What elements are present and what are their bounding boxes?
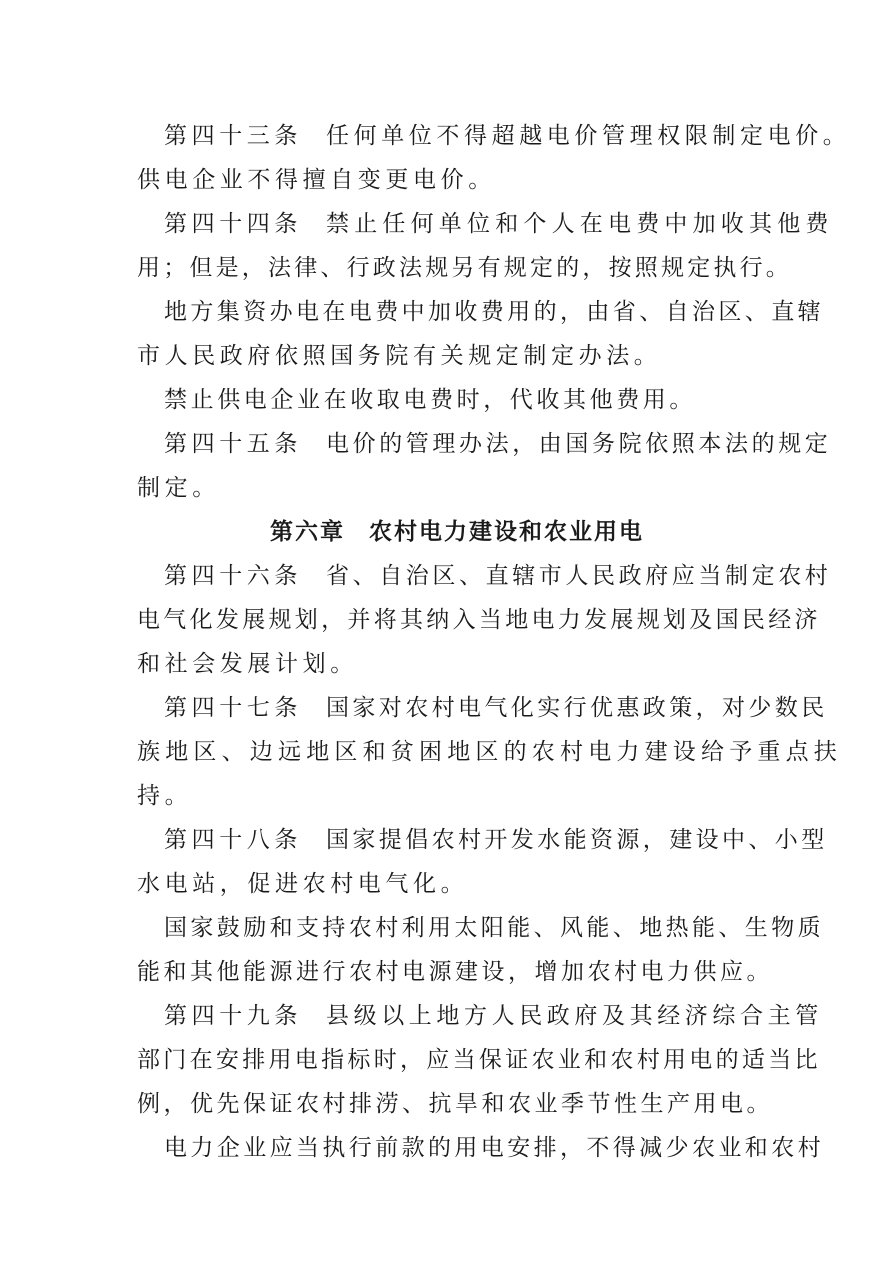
paragraph-line: 国家鼓励和支持农村利用太阳能、风能、地热能、生物质 (137, 906, 759, 950)
article-47-line-2: 族地区、边远地区和贫困地区的农村电力建设给予重点扶 (137, 730, 759, 774)
article-number: 第四十九条 (164, 1003, 302, 1029)
article-number: 第四十四条 (164, 211, 302, 237)
article-49-line-2: 部门在安排用电指标时，应当保证农业和农村用电的适当比 (137, 1038, 759, 1082)
article-46-line-2: 电气化发展规划，并将其纳入当地电力发展规划及国民经济 (137, 598, 759, 642)
article-49-line-3: 例，优先保证农村排涝、抗旱和农业季节性生产用电。 (137, 1082, 759, 1126)
paragraph-line: 电力企业应当执行前款的用电安排，不得减少农业和农村 (137, 1126, 759, 1170)
article-number: 第四十八条 (164, 827, 302, 853)
article-number: 第四十六条 (164, 563, 302, 589)
article-43-line-1: 第四十三条任何单位不得超越电价管理权限制定电价。 (137, 114, 759, 158)
article-48-line-2: 水电站，促进农村电气化。 (137, 862, 759, 906)
article-49-line-1: 第四十九条县级以上地方人民政府及其经济综合主管 (137, 994, 759, 1038)
article-number: 第四十五条 (164, 431, 302, 457)
chapter-heading: 第六章农村电力建设和农业用电 (137, 510, 759, 554)
article-47-line-1: 第四十七条国家对农村电气化实行优惠政策，对少数民 (137, 686, 759, 730)
article-46-line-1: 第四十六条省、自治区、直辖市人民政府应当制定农村 (137, 554, 759, 598)
paragraph-line: 禁止供电企业在收取电费时，代收其他费用。 (137, 378, 759, 422)
article-number: 第四十三条 (164, 123, 302, 149)
article-48-line-1: 第四十八条国家提倡农村开发水能资源，建设中、小型 (137, 818, 759, 862)
article-number: 第四十七条 (164, 695, 302, 721)
article-45-line-1: 第四十五条电价的管理办法，由国务院依照本法的规定 (137, 422, 759, 466)
article-45-line-2: 制定。 (137, 466, 759, 510)
article-46-line-3: 和社会发展计划。 (137, 642, 759, 686)
paragraph-line: 地方集资办电在电费中加收费用的，由省、自治区、直辖 (137, 290, 759, 334)
paragraph-line: 能和其他能源进行农村电源建设，增加农村电力供应。 (137, 950, 759, 994)
article-44-line-2: 用；但是，法律、行政法规另有规定的，按照规定执行。 (137, 246, 759, 290)
document-page: 第四十三条任何单位不得超越电价管理权限制定电价。 供电企业不得擅自变更电价。 第… (137, 114, 759, 1170)
chapter-number: 第六章 (270, 519, 345, 545)
article-47-line-3: 持。 (137, 774, 759, 818)
chapter-title: 农村电力建设和农业用电 (369, 519, 644, 545)
article-44-line-1: 第四十四条禁止任何单位和个人在电费中加收其他费 (137, 202, 759, 246)
article-43-line-2: 供电企业不得擅自变更电价。 (137, 158, 759, 202)
paragraph-line: 市人民政府依照国务院有关规定制定办法。 (137, 334, 759, 378)
